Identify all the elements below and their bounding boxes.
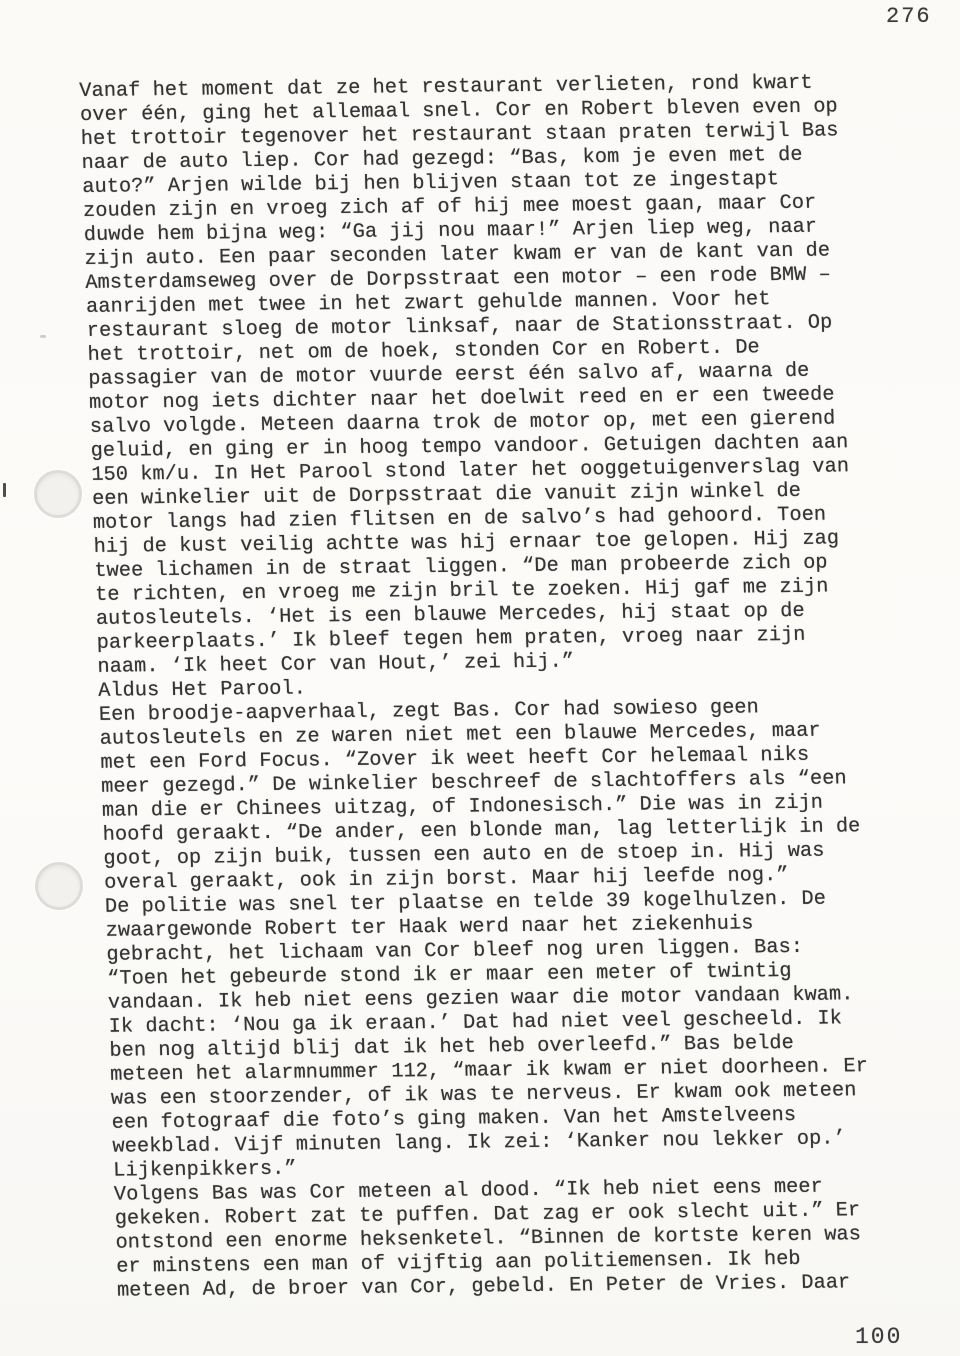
page-number-bottom: 100	[855, 1324, 902, 1350]
margin-scan-mark	[3, 483, 6, 497]
scanned-book-page: 276 Vanaf het moment dat ze het restaura…	[0, 0, 960, 1356]
page-number-top: 276	[886, 4, 932, 29]
body-text: Vanaf het moment dat ze het restaurant v…	[79, 71, 875, 1303]
scan-speck	[40, 335, 46, 338]
punch-hole-bottom	[35, 862, 83, 910]
punch-hole-top	[34, 470, 82, 518]
